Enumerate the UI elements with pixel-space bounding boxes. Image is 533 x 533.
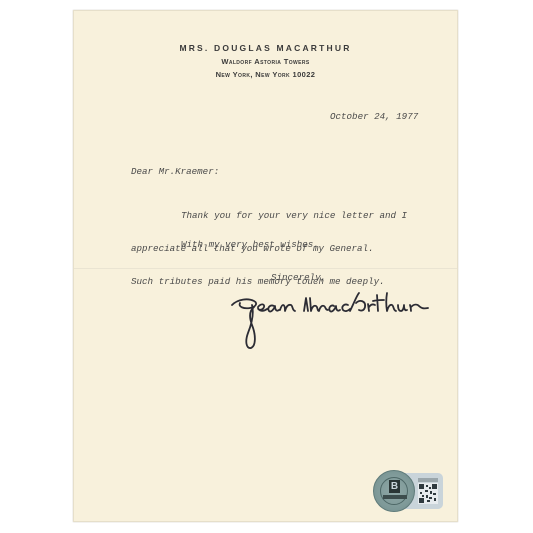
letterhead: MRS. DOUGLAS MACARTHUR Waldorf Astoria T… [74, 42, 457, 81]
letter-paper: MRS. DOUGLAS MACARTHUR Waldorf Astoria T… [73, 10, 458, 522]
complimentary-close: Sincerely, [271, 272, 326, 283]
body-line: Such tributes paid his memory touch me d… [131, 276, 407, 287]
seal-band [383, 495, 407, 499]
photo-stage: MRS. DOUGLAS MACARTHUR Waldorf Astoria T… [0, 0, 533, 533]
authentication-seal: B [373, 470, 415, 512]
letterhead-address-line2: New York, New York 10022 [74, 68, 457, 81]
qr-code-icon [418, 478, 438, 504]
letter-date: October 24, 1977 [330, 111, 418, 122]
handwritten-signature [230, 289, 438, 359]
seal-logo-letter: B [389, 480, 400, 493]
letterhead-name: MRS. DOUGLAS MACARTHUR [74, 42, 457, 55]
letterhead-address-line1: Waldorf Astoria Towers [74, 55, 457, 68]
salutation: Dear Mr.Kraemer: [131, 166, 219, 177]
body-line: Thank you for your very nice letter and … [131, 210, 407, 221]
authentication-sticker: B [373, 470, 443, 512]
closing-wishes: With my very best wishes. [181, 239, 319, 250]
